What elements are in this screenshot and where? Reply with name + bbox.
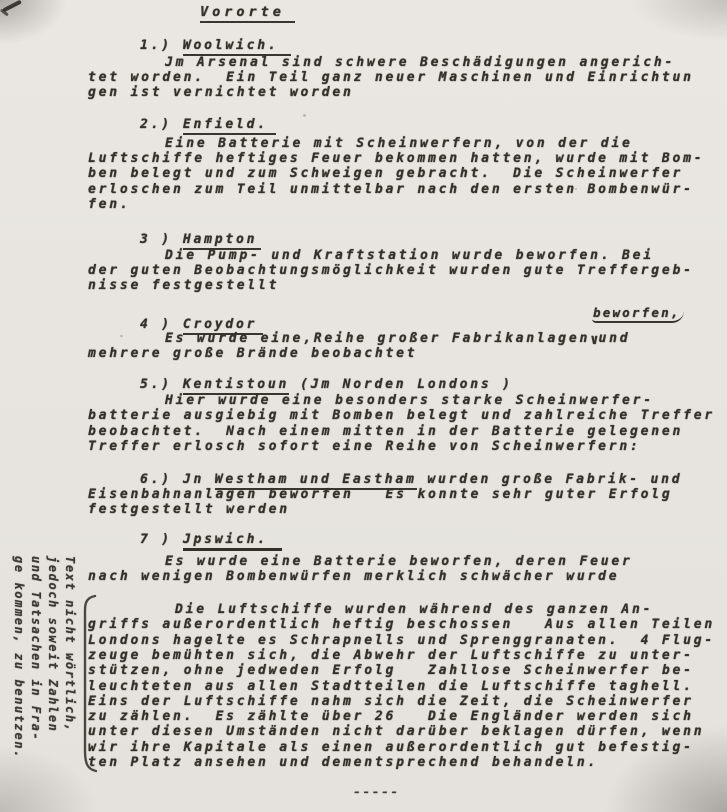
paper-speck [120, 335, 123, 337]
title-text: Vororte [200, 5, 295, 23]
body-line: fen. [88, 197, 131, 212]
pencil-mark [2, 0, 21, 12]
margin-bracket [76, 592, 102, 778]
margin-note: Text nicht wörtlich, jedoch soweit Zahle… [8, 556, 78, 808]
closing-line: griffs außerordentlich heftig beschossen… [88, 617, 715, 632]
body-line: mehrere große Brände beobachtet [88, 346, 417, 361]
body-line: Es wurde eine Batterie beworfen, deren F… [165, 554, 633, 569]
closing-line: wir ihre Kapitale als einen außerordentl… [88, 740, 694, 755]
closing-line: zeuge bemühten sich, die Abwehr der Luft… [88, 648, 694, 663]
section-heading-enfield: 2.)Enfield. [140, 117, 276, 135]
margin-note-line: ge kommen, zu benutzen. [10, 556, 27, 808]
closing-line: unter diesen Umständen nicht darüber bek… [88, 724, 704, 739]
document-page: Vororte 1.)Woolwich. Jm Arsenal sind sch… [0, 0, 727, 812]
body-line: batterie ausgiebig mit Bomben belegt und… [88, 408, 715, 423]
body-line: Luftschiffe heftiges Feuer bekommen hatt… [88, 151, 704, 166]
body-line: erloschen zum Teil unmittelbar nach den … [88, 182, 694, 197]
page-title: Vororte [200, 5, 295, 23]
body-line: beobachtet. Nach einem mitten in der Bat… [88, 424, 683, 439]
closing-line: Die Luftschiffe wurden während des ganze… [175, 602, 653, 617]
paper-speck [303, 114, 306, 117]
body-line: festgestellt werden [88, 502, 290, 517]
body-line: ben belegt und zum Schweigen gebracht. D… [88, 166, 683, 181]
inserted-word: beworfen, [592, 305, 684, 321]
footer-dash-mark: ----- [353, 787, 400, 798]
section-heading-jpswich: 7 )Jpswich. [140, 532, 282, 551]
insertion-caret: ∨ [590, 332, 598, 348]
closing-line: ten Platz ansehen und dementsprechend be… [88, 755, 598, 770]
closing-line: leuchteten aus allen Stadtteilen die Luf… [88, 679, 694, 694]
body-line: Die Pump- und Kraftstation wurde beworfe… [165, 248, 654, 263]
section-heading-woolwich: 1.)Woolwich. [140, 38, 291, 56]
body-line: Treffer erlosch sofort eine Reihe von Sc… [88, 439, 641, 454]
body-line-with-caret: Es wurde eine,Reihe großer Fabrikanlagen… [165, 331, 630, 346]
closing-line: stützen, ohne jedweden Erfolg Zahllose S… [88, 663, 694, 678]
body-line: nach wenigen Bombenwürfen merklich schwä… [88, 569, 619, 584]
margin-note-line: Text nicht wörtlich, [61, 556, 78, 808]
margin-note-line: jedoch soweit Zahlen [44, 556, 61, 808]
closing-line: Eins der Luftschiffe nahm sich die Zeit,… [88, 694, 694, 709]
body-line: Eisenbahnanlagen beworfen Es konnte sehr… [88, 487, 672, 502]
margin-note-line: und Tatsachen in Fra- [27, 556, 44, 808]
body-line: Hier wurde eine besonders starke Scheinw… [165, 393, 654, 408]
body-line: tet worden. Ein Teil ganz neuer Maschine… [88, 70, 694, 85]
closing-line: zu zählen. Es zählte über 26 Die Engländ… [88, 709, 694, 724]
body-line: gen ist vernichtet worden [88, 85, 354, 100]
body-line: Jm Arsenal sind schwere Beschädigungen a… [165, 55, 675, 70]
closing-line: Londons hagelte es Schrapnells und Spren… [88, 633, 715, 648]
body-line: der guten Beobachtungsmöglichkeit wurden… [88, 263, 694, 278]
body-line: nisse festgestellt [88, 278, 279, 293]
body-line: Eine Batterie mit Scheinwerfern, von der… [165, 136, 633, 151]
